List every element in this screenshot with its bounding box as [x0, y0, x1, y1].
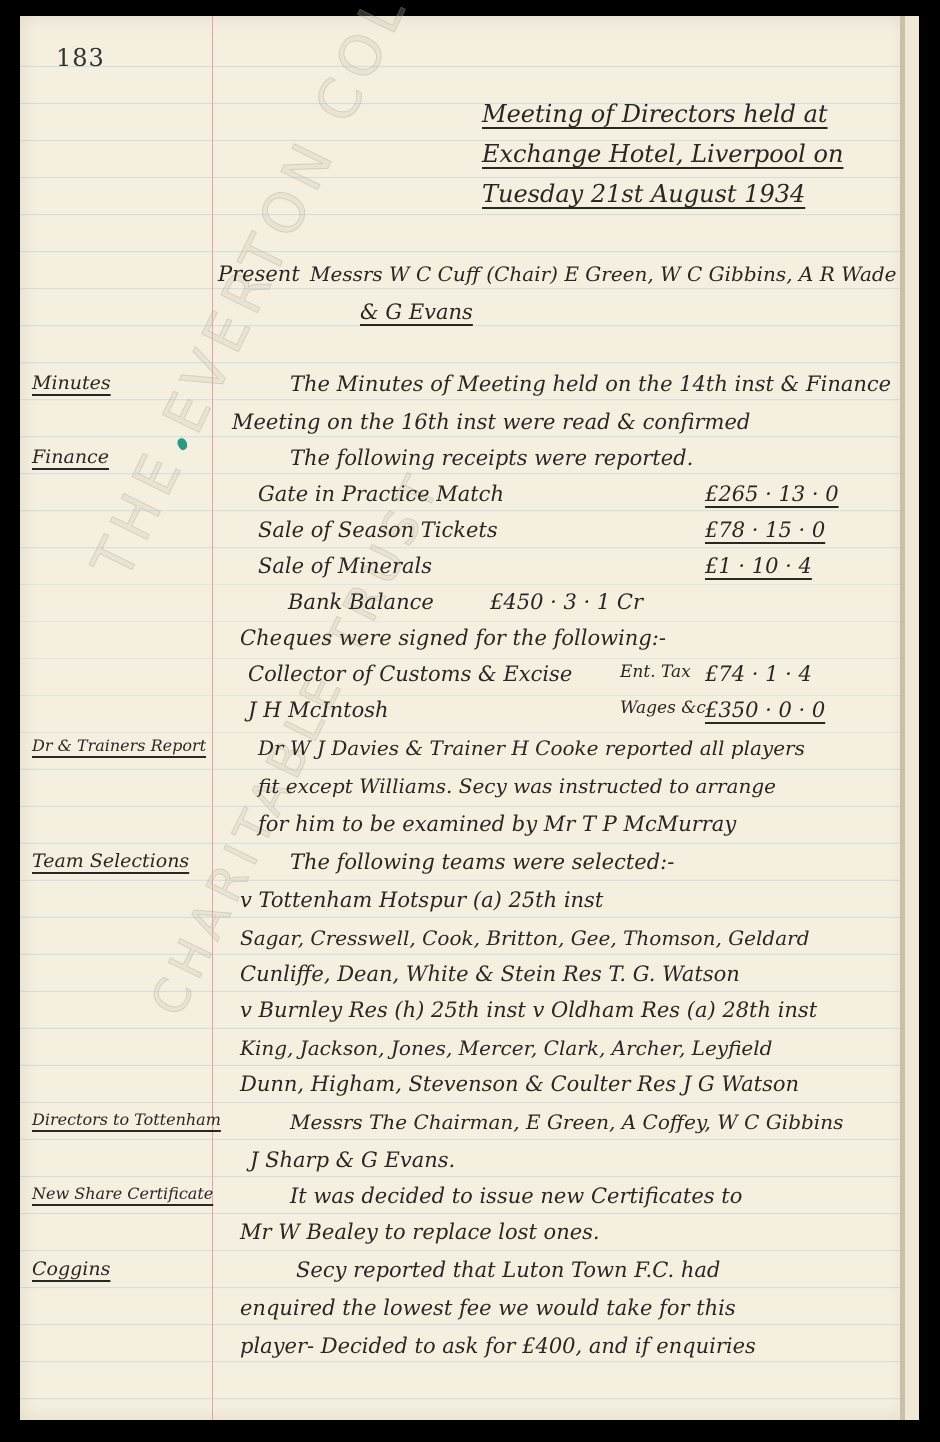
minutes-line-2: Meeting on the 16th inst were read & con… — [232, 410, 750, 434]
team-1-line-1: Sagar, Cresswell, Cook, Britton, Gee, Th… — [240, 926, 810, 950]
doctor-report-line-1: Dr W J Davies & Trainer H Cooke reported… — [258, 736, 805, 760]
directors-line-2: J Sharp & G Evans. — [250, 1148, 455, 1172]
margin-share-certificate: New Share Certificate — [32, 1184, 213, 1203]
receipt-amount: £265 · 13 · 0 — [705, 482, 839, 506]
heading-line-1: Meeting of Directors held at — [482, 100, 828, 128]
margin-finance: Finance — [32, 446, 109, 468]
team-2-line-1: King, Jackson, Jones, Mercer, Clark, Arc… — [240, 1036, 772, 1060]
red-margin-line — [212, 16, 213, 1420]
receipt-item: Sale of Season Tickets — [258, 518, 498, 542]
bank-balance-label: Bank Balance — [288, 590, 434, 614]
cheques-intro: Cheques were signed for the following:- — [240, 626, 666, 650]
margin-doctor-report: Dr & Trainers Report — [32, 736, 206, 755]
margin-team-selections: Team Selections — [32, 850, 189, 872]
team-2-line-2: Dunn, Higham, Stevenson & Coulter Res J … — [240, 1072, 799, 1096]
receipt-amount: £1 · 10 · 4 — [705, 554, 812, 578]
bank-balance-amount: £450 · 3 · 1 Cr — [490, 590, 643, 614]
present-label: Present — [218, 262, 300, 286]
receipt-amount: £78 · 15 · 0 — [705, 518, 825, 542]
heading-line-3: Tuesday 21st August 1934 — [482, 180, 805, 208]
present-line-2: & G Evans — [360, 300, 473, 324]
cheque-payee: J H McIntosh — [248, 698, 389, 722]
coggins-line-2: enquired the lowest fee we would take fo… — [240, 1296, 736, 1320]
receipt-item: Gate in Practice Match — [258, 482, 504, 506]
doctor-report-line-2: fit except Williams. Secy was instructed… — [258, 774, 776, 798]
team-1-line-2: Cunliffe, Dean, White & Stein Res T. G. … — [240, 962, 740, 986]
present-line-1: Messrs W C Cuff (Chair) E Green, W C Gib… — [310, 262, 897, 286]
coggins-line-1: Secy reported that Luton Town F.C. had — [296, 1258, 720, 1282]
share-certificate-line-2: Mr W Bealey to replace lost ones. — [240, 1220, 600, 1244]
doctor-report-line-3: for him to be examined by Mr T P McMurra… — [258, 812, 736, 836]
cheque-payee: Collector of Customs & Excise — [248, 662, 572, 686]
heading-line-2: Exchange Hotel, Liverpool on — [482, 140, 843, 168]
match-1: v Tottenham Hotspur (a) 25th inst — [240, 888, 603, 912]
directors-line-1: Messrs The Chairman, E Green, A Coffey, … — [290, 1110, 843, 1134]
team-selections-intro: The following teams were selected:- — [290, 850, 674, 874]
margin-minutes: Minutes — [32, 372, 111, 394]
finance-intro: The following receipts were reported. — [290, 446, 693, 470]
coggins-line-3: player- Decided to ask for £400, and if … — [240, 1334, 756, 1358]
cheque-amount: £74 · 1 · 4 — [705, 662, 812, 686]
margin-directors-tottenham: Directors to Tottenham — [32, 1110, 221, 1129]
cheque-amount: £350 · 0 · 0 — [705, 698, 825, 722]
cheque-purpose: Wages &c — [620, 698, 706, 718]
share-certificate-line-1: It was decided to issue new Certificates… — [290, 1184, 742, 1208]
match-2: v Burnley Res (h) 25th inst v Oldham Res… — [240, 998, 817, 1022]
margin-coggins: Coggins — [32, 1258, 110, 1280]
cheque-purpose: Ent. Tax — [620, 662, 691, 682]
receipt-item: Sale of Minerals — [258, 554, 432, 578]
minutes-line-1: The Minutes of Meeting held on the 14th … — [290, 372, 891, 396]
page-number: 183 — [56, 44, 105, 72]
next-page-edge — [905, 16, 919, 1420]
